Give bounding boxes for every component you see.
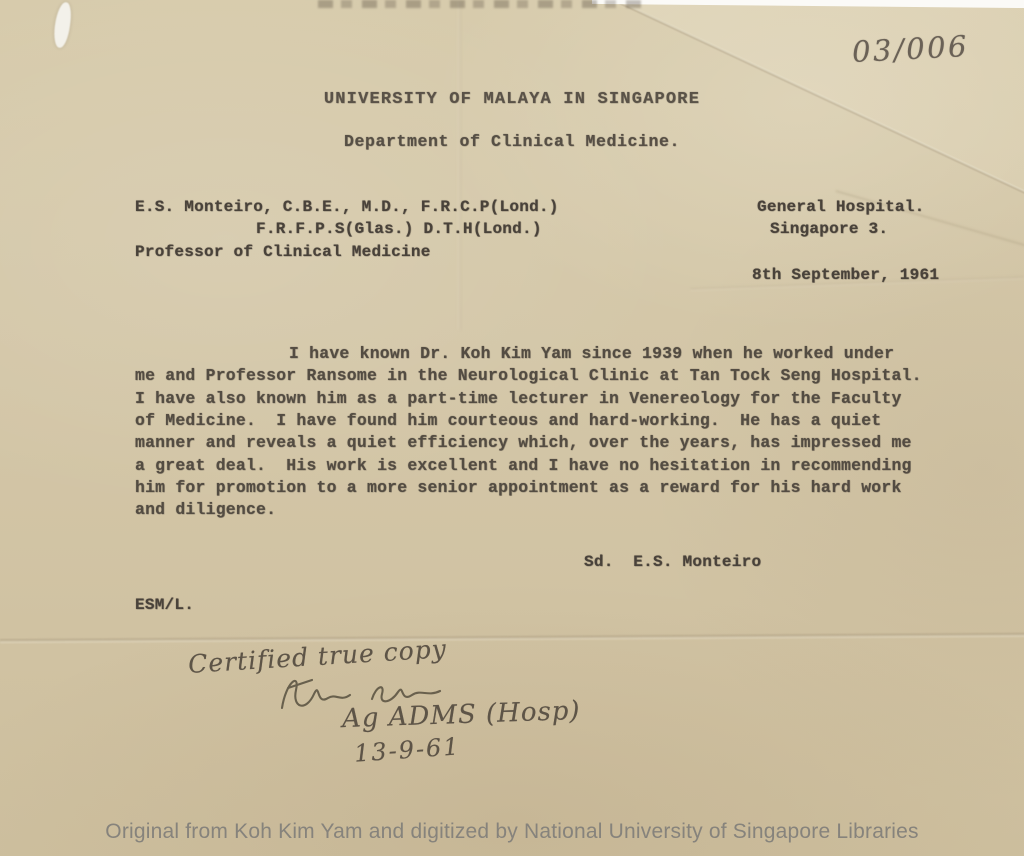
- signed-line: Sd. E.S. Monteiro: [584, 551, 761, 574]
- letter-date: 8th September, 1961: [752, 264, 939, 287]
- sender-name-line: E.S. Monteiro, C.B.E., M.D., F.R.C.P(Lon…: [135, 196, 559, 219]
- scanned-letter-page: 03/006 UNIVERSITY OF MALAYA IN SINGAPORE…: [0, 0, 1024, 856]
- body-line: a great deal. His work is excellent and …: [135, 455, 912, 477]
- body-line: I have also known him as a part-time lec…: [135, 388, 902, 410]
- body-line: me and Professor Ransome in the Neurolog…: [135, 365, 922, 387]
- sender-title-line: Professor of Clinical Medicine: [135, 241, 431, 264]
- digitization-caption: Original from Koh Kim Yam and digitized …: [0, 820, 1024, 844]
- body-line: of Medicine. I have found him courteous …: [135, 410, 881, 432]
- page-number-annotation: 03/006: [851, 29, 970, 69]
- letterhead-department: Department of Clinical Medicine.: [0, 132, 1024, 151]
- reference-initials: ESM/L.: [135, 594, 194, 617]
- body-line: and diligence.: [135, 499, 276, 521]
- body-line: him for promotion to a more senior appoi…: [135, 477, 902, 499]
- address-line1: General Hospital.: [757, 196, 924, 219]
- body-line: I have known Dr. Koh Kim Yam since 1939 …: [289, 343, 894, 365]
- clipped-header-text: [318, 0, 648, 8]
- body-line: manner and reveals a quiet efficiency wh…: [135, 432, 912, 454]
- sender-credentials-line: F.R.F.P.S(Glas.) D.T.H(Lond.): [256, 218, 542, 241]
- address-line2: Singapore 3.: [770, 218, 888, 241]
- letterhead-university: UNIVERSITY OF MALAYA IN SINGAPORE: [0, 90, 1024, 109]
